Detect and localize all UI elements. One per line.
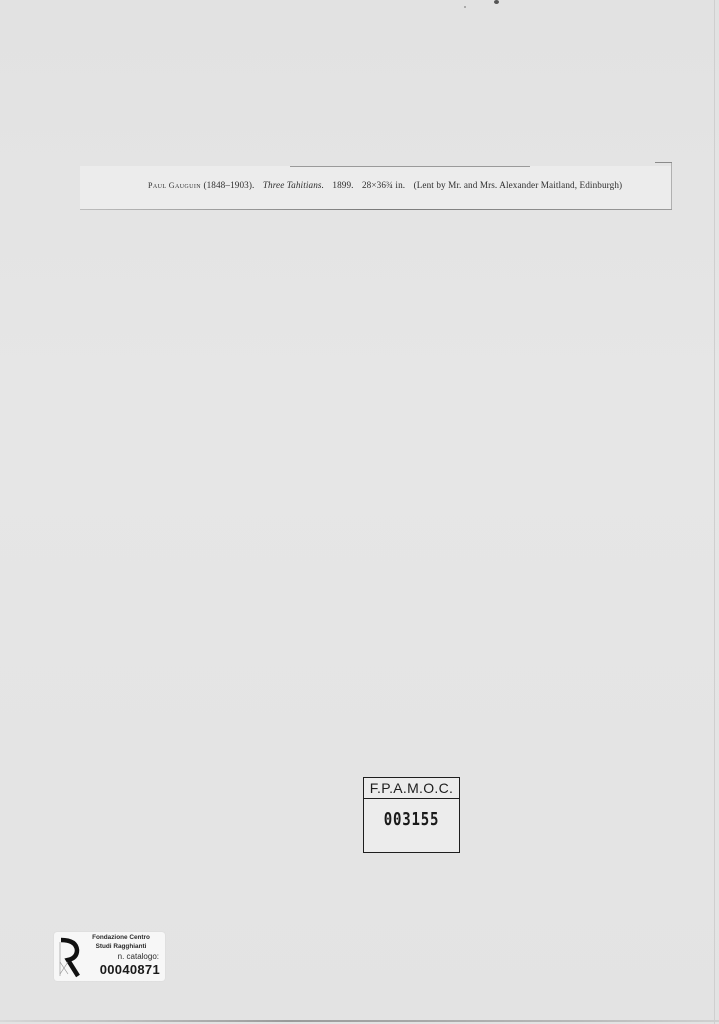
- catalog-number: 00040871: [100, 962, 160, 977]
- caption-top-rule: [290, 166, 530, 167]
- artist-name: Paul Gauguin: [148, 181, 201, 190]
- artwork-credit: (Lent by Mr. and Mrs. Alexander Maitland…: [414, 180, 623, 190]
- artwork-caption: Paul Gauguin (1848–1903). Three Tahitian…: [148, 180, 622, 190]
- caption-right-edge: [671, 163, 672, 209]
- artwork-year: 1899.: [332, 180, 353, 190]
- artwork-title: Three Tahitians.: [263, 180, 324, 190]
- dust-speck: [494, 0, 499, 4]
- ragghianti-r-logo-icon: [56, 936, 82, 978]
- stamp-header: F.P.A.M.O.C.: [364, 778, 459, 799]
- stamp-number: 003155: [374, 809, 448, 830]
- archive-stamp: F.P.A.M.O.C. 003155: [363, 777, 460, 853]
- document-page: [0, 0, 719, 1024]
- dust-speck: [464, 6, 466, 8]
- page-edge-bottom: [0, 1020, 719, 1022]
- caption-bottom-rule: [80, 209, 672, 210]
- catalog-field-label: n. catalogo:: [118, 952, 159, 961]
- artwork-dimensions: 28×36¾ in.: [362, 180, 405, 190]
- organization-name: Fondazione Centro Studi Ragghianti: [83, 934, 159, 951]
- catalog-label: Fondazione Centro Studi Ragghianti n. ca…: [54, 932, 165, 981]
- page-edge-right: [714, 0, 715, 1024]
- caption-top-rule-right: [655, 162, 672, 163]
- artist-dates: (1848–1903).: [203, 180, 254, 190]
